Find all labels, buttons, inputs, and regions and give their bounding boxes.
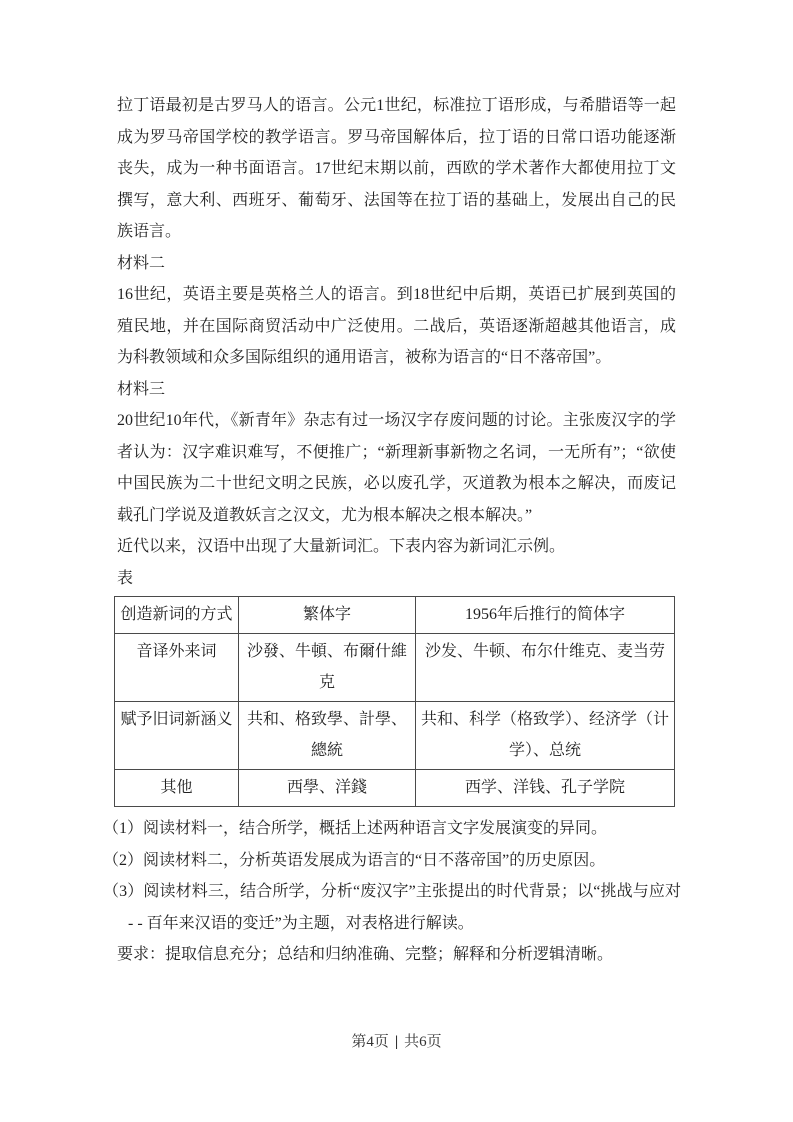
footer-separator: | (395, 1034, 398, 1050)
footer-page-total: 共6页 (404, 1034, 442, 1050)
new-words-table: 创造新词的方式 繁体字 1956年后推行的简体字 音译外来词 沙發、牛頓、布爾什… (114, 596, 675, 807)
table-cell: 其他 (115, 770, 239, 807)
material-1-paragraph: 拉丁语最初是古罗马人的语言。公元1世纪，标准拉丁语形成，与希腊语等一起成为罗马帝… (117, 90, 676, 248)
table-header-cell-simplified: 1956年后推行的简体字 (416, 597, 675, 634)
material-3-paragraph: 20世纪10年代，《新青年》杂志有过一场汉字存废问题的讨论。主张废汉字的学者认为… (117, 405, 676, 531)
page-content: 拉丁语最初是古罗马人的语言。公元1世纪，标准拉丁语形成，与希腊语等一起成为罗马帝… (117, 90, 676, 971)
table-header-cell-traditional: 繁体字 (239, 597, 416, 634)
table-row: 音译外来词 沙發、牛頓、布爾什維克 沙发、牛顿、布尔什维克、麦当劳 (115, 634, 675, 702)
table-row: 赋予旧词新涵义 共和、格致學、計學、總統 共和、科学（格致学）、经济学（计学）、… (115, 702, 675, 770)
requirement-paragraph: 要求：提取信息充分；总结和归纳准确、完整；解释和分析逻辑清晰。 (117, 939, 676, 971)
table-cell: 西学、洋钱、孔子学院 (416, 770, 675, 807)
table-cell: 共和、科学（格致学）、经济学（计学）、总统 (416, 702, 675, 770)
table-cell: 西學、洋錢 (239, 770, 416, 807)
table-cell: 沙发、牛顿、布尔什维克、麦当劳 (416, 634, 675, 702)
question-1: （1）阅读材料一，结合所学，概括上述两种语言文字发展演变的异同。 (103, 813, 681, 845)
footer-page-number: 第4页 (351, 1034, 389, 1050)
table-row: 其他 西學、洋錢 西学、洋钱、孔子学院 (115, 770, 675, 807)
question-2: （2）阅读材料二，分析英语发展成为语言的“日不落帝国”的历史原因。 (103, 845, 681, 877)
material-3-note: 近代以来，汉语中出现了大量新词汇。下表内容为新词汇示例。 (117, 531, 676, 563)
table-label: 表 (117, 563, 676, 595)
table-cell: 共和、格致學、計學、總統 (239, 702, 416, 770)
table-cell: 赋予旧词新涵义 (115, 702, 239, 770)
table-cell: 音译外来词 (115, 634, 239, 702)
material-3-label: 材料三 (117, 374, 676, 406)
document-page: 拉丁语最初是古罗马人的语言。公元1世纪，标准拉丁语形成，与希腊语等一起成为罗马帝… (0, 0, 793, 1122)
material-2-label: 材料二 (117, 248, 676, 280)
question-3: （3）阅读材料三，结合所学，分析“废汉字”主张提出的时代背景；以“挑战与应对 -… (103, 876, 681, 939)
table-header-cell-method: 创造新词的方式 (115, 597, 239, 634)
material-2-paragraph: 16世纪，英语主要是英格兰人的语言。到18世纪中后期，英语已扩展到英国的殖民地，… (117, 279, 676, 374)
table-header-row: 创造新词的方式 繁体字 1956年后推行的简体字 (115, 597, 675, 634)
questions-section: （1）阅读材料一，结合所学，概括上述两种语言文字发展演变的异同。 （2）阅读材料… (103, 813, 681, 939)
table-cell: 沙發、牛頓、布爾什維克 (239, 634, 416, 702)
page-footer: 第4页|共6页 (0, 1032, 793, 1052)
